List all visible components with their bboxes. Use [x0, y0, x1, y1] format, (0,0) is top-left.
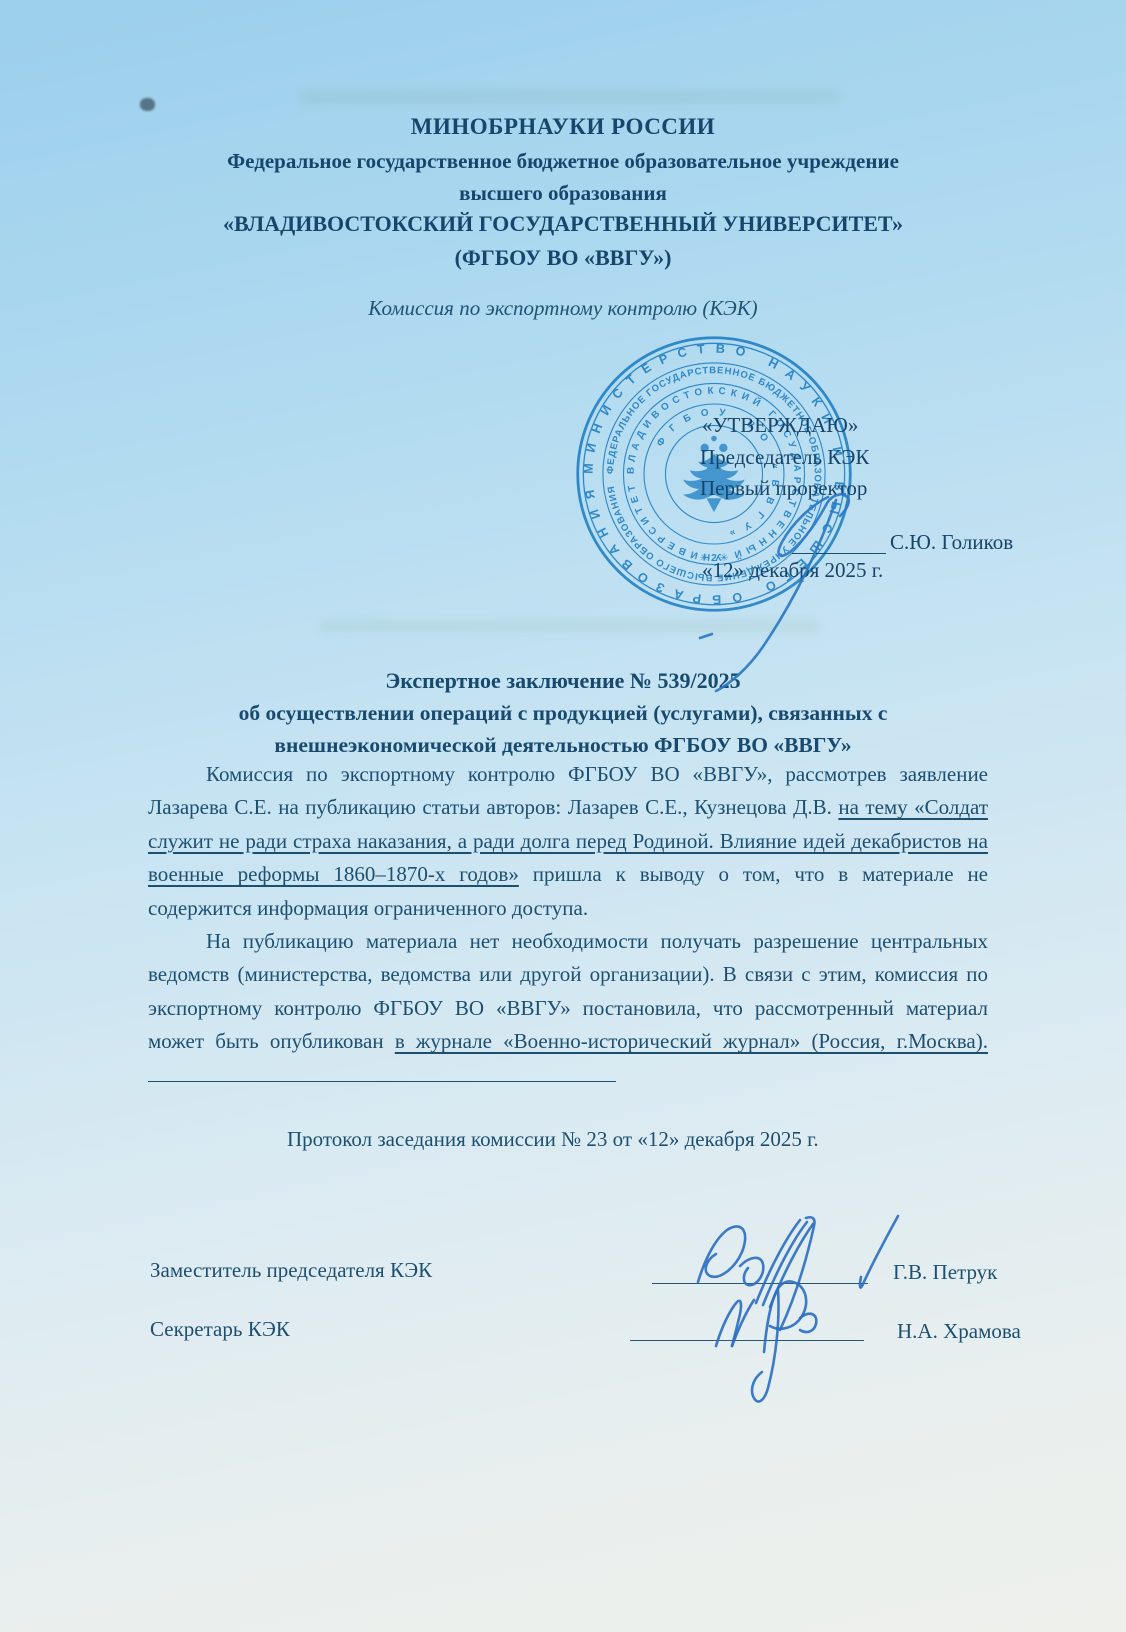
secretary-label: Секретарь КЭК [150, 1317, 290, 1342]
commission-line: Комиссия по экспортному контролю (КЭК) [0, 296, 1126, 321]
bleed-through-smudge [300, 90, 840, 104]
title-line2: об осуществлении операций с продукцией (… [0, 701, 1126, 726]
org-name-line1: Федеральное государственное бюджетное об… [0, 149, 1126, 174]
university-abbreviation: (ФГБОУ ВО «ВВГУ») [0, 245, 1126, 271]
document-body: Комиссия по экспортному контролю ФГБОУ В… [148, 758, 988, 1092]
ministry-name: МИНОБРНАУКИ РОССИИ [0, 114, 1126, 140]
university-name: «ВЛАДИВОСТОКСКИЙ ГОСУДАРСТВЕННЫЙ УНИВЕРС… [0, 211, 1126, 237]
scanned-document-page: МИНОБРНАУКИ РОССИИ Федеральное государст… [0, 0, 1126, 1632]
khramova-signature [716, 1281, 816, 1401]
scan-speck [140, 98, 155, 111]
approver-role-line2: Первый проректор [700, 476, 867, 501]
paragraph-1: Комиссия по экспортному контролю ФГБОУ В… [148, 758, 988, 925]
approver-name: С.Ю. Голиков [890, 530, 1013, 555]
paragraph-2-underlined-journal: в журнале «Военно-исторический журнал» (… [395, 1029, 988, 1053]
title-line3: внешнеэкономической деятельностью ФГБОУ … [0, 733, 1126, 758]
secretary-signature-line [630, 1312, 864, 1341]
deputy-chair-name: Г.В. Петрук [893, 1260, 997, 1285]
bleed-through-smudge [320, 620, 820, 632]
approver-signature-line [792, 527, 886, 554]
approval-date: «12» декабря 2025 г. [702, 558, 883, 583]
protocol-line: Протокол заседания комиссии № 23 от «12»… [287, 1127, 819, 1152]
blank-underline-fill [148, 1079, 616, 1082]
secretary-name: Н.А. Храмова [897, 1319, 1021, 1344]
paragraph-2: На публикацию материала нет необходимост… [148, 925, 988, 1092]
approve-word: «УТВЕРЖДАЮ» [702, 413, 858, 438]
org-name-line2: высшего образования [0, 181, 1126, 206]
deputy-chair-label: Заместитель председателя КЭК [150, 1258, 432, 1283]
approver-role-line1: Председатель КЭК [700, 445, 869, 470]
title-line1: Экспертное заключение № 539/2025 [0, 668, 1126, 694]
deputy-chair-signature-line [652, 1255, 868, 1284]
